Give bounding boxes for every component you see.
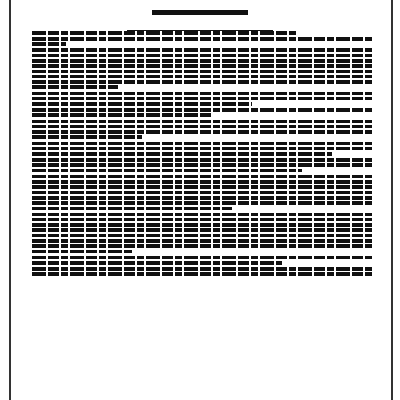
text-line (32, 267, 372, 271)
paragraph (32, 120, 374, 139)
paragraph (32, 31, 374, 35)
text-line (32, 256, 372, 260)
text-line (32, 113, 212, 117)
text-line (32, 37, 372, 41)
text-line (32, 175, 372, 179)
text-line (32, 185, 372, 189)
paragraph (32, 92, 374, 106)
text-line (32, 191, 372, 195)
text-line (32, 31, 296, 35)
text-line (32, 147, 372, 151)
paragraph (32, 213, 374, 254)
text-line (32, 54, 372, 58)
paragraph (32, 175, 374, 210)
text-line (32, 85, 118, 89)
text-line (32, 180, 372, 184)
text-line (32, 120, 372, 124)
text-line (32, 250, 132, 254)
text-line (32, 158, 372, 162)
text-line (32, 142, 372, 146)
paragraph (32, 267, 374, 276)
paragraph (32, 108, 374, 117)
text-line (32, 130, 372, 134)
text-line (32, 75, 372, 79)
text-line (32, 228, 372, 232)
text-line (32, 234, 372, 238)
text-line (32, 48, 372, 52)
text-line (32, 163, 372, 167)
text-line (32, 80, 372, 84)
text-line (32, 169, 302, 173)
text-line (32, 213, 372, 217)
text-line (32, 59, 372, 63)
text-line (32, 207, 232, 211)
document-body (32, 31, 374, 278)
text-line (32, 152, 332, 156)
text-line (32, 102, 252, 106)
paragraph (32, 48, 374, 89)
text-line (32, 223, 372, 227)
text-line (32, 135, 142, 139)
text-line (32, 125, 372, 129)
paragraph (32, 37, 374, 46)
document-title (0, 2, 400, 20)
text-line (32, 92, 372, 96)
text-line (32, 70, 372, 74)
text-line (32, 108, 372, 112)
text-line (32, 244, 372, 248)
paragraph (32, 142, 374, 156)
text-line (32, 261, 282, 265)
text-line (32, 97, 372, 101)
paragraph (32, 158, 374, 172)
text-line (32, 64, 372, 68)
paragraph (32, 256, 374, 265)
text-line (32, 272, 372, 276)
text-line (32, 218, 372, 222)
text-line (32, 239, 372, 243)
text-line (32, 201, 372, 205)
text-line (32, 196, 372, 200)
text-line (32, 42, 66, 46)
